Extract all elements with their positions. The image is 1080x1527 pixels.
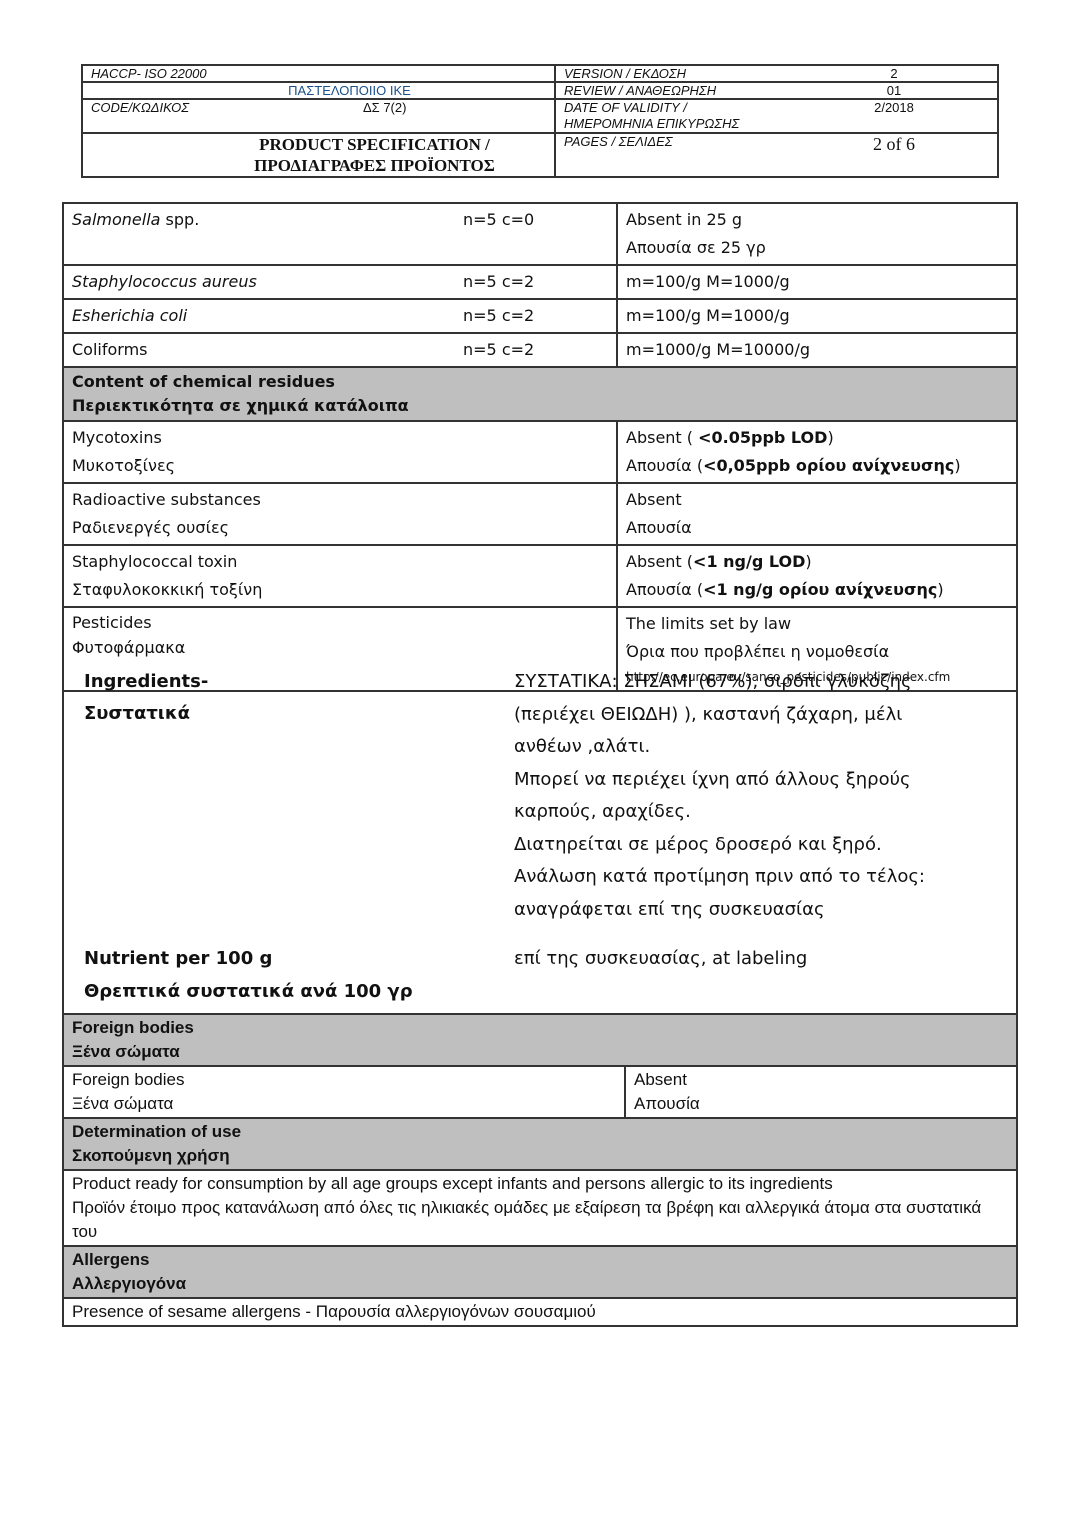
pages-label: PAGES / ΣΕΛΙΔΕΣ bbox=[564, 134, 673, 149]
sampling-plan: n=5 c=2 bbox=[455, 299, 617, 333]
spec-table: Salmonella spp. n=5 c=0 Absent in 25 gΑπ… bbox=[62, 202, 1018, 692]
section-title-gr: Αλλεργιογόνα bbox=[72, 1272, 1008, 1296]
residue-value-gr: Απουσία (<0,05ppb ορίου ανίχνευσης) bbox=[626, 452, 1008, 480]
ingredients-line: ΣΥΣΤΑΤΙΚΑ: ΣΗΣΑΜΙ (67%), σιρόπι γλυκόζης bbox=[514, 666, 974, 699]
limit-gr: Απουσία σε 25 γρ bbox=[626, 234, 1008, 262]
document-header: HACCP- ISO 22000 VERSION / ΕΚΔΟΣΗ2 ΠΑΣΤΕ… bbox=[81, 64, 999, 178]
table-row: Salmonella spp. n=5 c=0 Absent in 25 gΑπ… bbox=[63, 203, 1017, 265]
review-label: REVIEW / ΑΝΑΘΕΩΡΗΣΗ bbox=[564, 83, 716, 98]
lower-table: Foreign bodiesΞένα σώματα Foreign bodies… bbox=[62, 1013, 1018, 1327]
section-title-en: Content of chemical residues bbox=[72, 370, 1008, 394]
review-cell: REVIEW / ΑΝΑΘΕΩΡΗΣΗ01 bbox=[555, 82, 998, 99]
residue-value-gr: Απουσία (<1 ng/g ορίου ανίχνευσης) bbox=[626, 576, 1008, 604]
ingredients-label-en: Ingredients- bbox=[84, 666, 208, 698]
residue-name: Staphylococcal toxinΣταφυλοκοκκική τοξίν… bbox=[63, 545, 617, 607]
table-row: Foreign bodiesΞένα σώματα AbsentΑπουσία bbox=[63, 1066, 1017, 1118]
company-name: ΠΑΣΤΕΛΟΠΟΙΙΟ ΙΚΕ bbox=[82, 82, 555, 99]
residue-name-en: Mycotoxins bbox=[72, 424, 608, 452]
table-row: Staphylococcus aureus n=5 c=2 m=100/g M=… bbox=[63, 265, 1017, 299]
ingredients-line: (περιέχει ΘΕΙΩΔΗ) ), καστανή ζάχαρη, μέλ… bbox=[514, 699, 974, 732]
micro-limit: Absent in 25 gΑπουσία σε 25 γρ bbox=[617, 203, 1017, 265]
use-text-gr: Προϊόν έτοιμο προς κατανάλωση από όλες τ… bbox=[72, 1196, 1008, 1244]
section-header-foreign: Foreign bodiesΞένα σώματα bbox=[63, 1014, 1017, 1066]
residue-value-en: Absent bbox=[626, 486, 1008, 514]
ingredients-label: Ingredients- Συστατικά bbox=[84, 666, 208, 730]
pages-cell: PAGES / ΣΕΛΙΔΕΣ2 of 6 bbox=[555, 133, 998, 177]
text: Absent ( bbox=[626, 428, 698, 447]
micro-name: Coliforms bbox=[63, 333, 455, 367]
residue-value: Absent (<1 ng/g LOD)Απουσία (<1 ng/g ορί… bbox=[617, 545, 1017, 607]
table-row: Radioactive substancesΡαδιενεργές ουσίες… bbox=[63, 483, 1017, 545]
table-row: Product ready for consumption by all age… bbox=[63, 1170, 1017, 1246]
sampling-plan: n=5 c=0 bbox=[455, 203, 617, 265]
ingredients-line: Διατηρείται σε μέρος δροσερό και ξηρό. bbox=[514, 829, 974, 862]
ingredients-line: ανθέων ,αλάτι. bbox=[514, 731, 974, 764]
validity-label: DATE OF VALIDITY / bbox=[564, 100, 687, 115]
foreign-name-gr: Ξένα σώματα bbox=[72, 1092, 616, 1116]
micro-name: Salmonella spp. bbox=[63, 203, 455, 265]
text-bold: <0,05ppb ορίου ανίχνευσης bbox=[703, 456, 954, 475]
section-title-en: Determination of use bbox=[72, 1120, 1008, 1144]
nutrient-label: Nutrient per 100 g Θρεπτικά συστατικά αν… bbox=[84, 942, 413, 1008]
micro-name: Esherichia coli bbox=[63, 299, 455, 333]
validity-value: 2/2018 bbox=[849, 100, 939, 116]
validity-cell: 2/2018DATE OF VALIDITY /ΗΜΕΡΟΜΗΝΙΑ ΕΠΙΚΥ… bbox=[555, 99, 998, 133]
text: ) bbox=[827, 428, 833, 447]
code-label: CODE/ΚΩΔΙΚΟΣ bbox=[91, 100, 189, 115]
micro-limit: m=100/g M=1000/g bbox=[617, 265, 1017, 299]
sampling-plan: n=5 c=2 bbox=[455, 333, 617, 367]
residue-value: Absent ( <0.05ppb LOD)Απουσία (<0,05ppb … bbox=[617, 421, 1017, 483]
foreign-value: AbsentΑπουσία bbox=[625, 1066, 1017, 1118]
micro-name: Staphylococcus aureus bbox=[63, 265, 455, 299]
standard-cell: HACCP- ISO 22000 bbox=[82, 65, 555, 82]
ingredients-section: Ingredients- Συστατικά ΣΥΣΤΑΤΙΚΑ: ΣΗΣΑΜΙ… bbox=[62, 652, 1018, 1014]
section-title-gr: Ξένα σώματα bbox=[72, 1040, 1008, 1064]
nutrient-label-en: Nutrient per 100 g bbox=[84, 942, 413, 975]
foreign-value-en: Absent bbox=[634, 1068, 1008, 1092]
residue-name: MycotoxinsΜυκοτοξίνες bbox=[63, 421, 617, 483]
text: Absent ( bbox=[626, 552, 693, 571]
residue-name-gr: Σταφυλοκοκκική τοξίνη bbox=[72, 576, 608, 604]
section-title: AllergensΑλλεργιογόνα bbox=[63, 1246, 1017, 1298]
section-header-use: Determination of useΣκοπούμενη χρήση bbox=[63, 1118, 1017, 1170]
residue-name-gr: Μυκοτοξίνες bbox=[72, 452, 608, 480]
version-label: VERSION / ΕΚΔΟΣΗ bbox=[564, 66, 686, 81]
use-text: Product ready for consumption by all age… bbox=[63, 1170, 1017, 1246]
pages-value: 2 of 6 bbox=[849, 134, 939, 155]
ingredients-label-gr: Συστατικά bbox=[84, 698, 208, 730]
micro-limit: m=1000/g M=10000/g bbox=[617, 333, 1017, 367]
table-row: Esherichia coli n=5 c=2 m=100/g M=1000/g bbox=[63, 299, 1017, 333]
foreign-name-en: Foreign bodies bbox=[72, 1068, 616, 1092]
residue-value-en: The limits set by law bbox=[626, 610, 1008, 638]
text-bold: <0.05ppb LOD bbox=[698, 428, 827, 447]
text: ) bbox=[805, 552, 811, 571]
section-title: Content of chemical residuesΠεριεκτικότη… bbox=[63, 367, 1017, 421]
nutrient-value: επί της συσκευασίας, at labeling bbox=[514, 942, 807, 975]
table-row: Coliforms n=5 c=2 m=1000/g M=10000/g bbox=[63, 333, 1017, 367]
table-row: Presence of sesame allergens - Παρουσία … bbox=[63, 1298, 1017, 1326]
residue-name-en: Pesticides bbox=[72, 610, 608, 635]
title-gr: ΠΡΟΔΙΑΓΡΑΦΕΣ ΠΡΟΪΟΝΤΟΣ bbox=[254, 156, 495, 175]
validity-label-gr: ΗΜΕΡΟΜΗΝΙΑ ΕΠΙΚΥΡΩΣΗΣ bbox=[564, 116, 739, 131]
table-row: MycotoxinsΜυκοτοξίνες Absent ( <0.05ppb … bbox=[63, 421, 1017, 483]
code-cell: CODE/ΚΩΔΙΚΟΣΔΣ 7(2) bbox=[82, 99, 555, 133]
allergens-text: Presence of sesame allergens - Παρουσία … bbox=[63, 1298, 1017, 1326]
micro-name-italic: Salmonella bbox=[72, 210, 160, 229]
table-row: Staphylococcal toxinΣταφυλοκοκκική τοξίν… bbox=[63, 545, 1017, 607]
ingredients-line: Ανάλωση κατά προτίμηση πριν από το τέλος… bbox=[514, 861, 974, 894]
standard-label: HACCP- ISO 22000 bbox=[91, 66, 207, 81]
document-title: PRODUCT SPECIFICATION /ΠΡΟΔΙΑΓΡΑΦΕΣ ΠΡΟΪ… bbox=[82, 133, 555, 177]
sampling-plan: n=5 c=2 bbox=[455, 265, 617, 299]
code-value: ΔΣ 7(2) bbox=[363, 100, 406, 115]
section-header-allergens: AllergensΑλλεργιογόνα bbox=[63, 1246, 1017, 1298]
ingredients-line: καρπούς, αραχίδες. bbox=[514, 796, 974, 829]
micro-name-rest: spp. bbox=[160, 210, 199, 229]
ingredients-line: αναγράφεται επί της συσκευασίας bbox=[514, 894, 974, 927]
section-title-en: Allergens bbox=[72, 1248, 1008, 1272]
text: ) bbox=[937, 580, 943, 599]
limit-en: Absent in 25 g bbox=[626, 206, 1008, 234]
title-en: PRODUCT SPECIFICATION / bbox=[259, 135, 490, 154]
section-header-chemical: Content of chemical residuesΠεριεκτικότη… bbox=[63, 367, 1017, 421]
review-value: 01 bbox=[849, 83, 939, 98]
version-value: 2 bbox=[849, 66, 939, 81]
ingredients-text: ΣΥΣΤΑΤΙΚΑ: ΣΗΣΑΜΙ (67%), σιρόπι γλυκόζης… bbox=[514, 666, 974, 926]
text: ) bbox=[954, 456, 960, 475]
residue-name: Radioactive substancesΡαδιενεργές ουσίες bbox=[63, 483, 617, 545]
section-title-en: Foreign bodies bbox=[72, 1016, 1008, 1040]
section-title: Determination of useΣκοπούμενη χρήση bbox=[63, 1118, 1017, 1170]
residue-name-en: Staphylococcal toxin bbox=[72, 548, 608, 576]
section-title: Foreign bodiesΞένα σώματα bbox=[63, 1014, 1017, 1066]
residue-value: AbsentΑπουσία bbox=[617, 483, 1017, 545]
text: Απουσία ( bbox=[626, 456, 703, 475]
residue-value-gr: Απουσία bbox=[626, 514, 1008, 542]
version-cell: VERSION / ΕΚΔΟΣΗ2 bbox=[555, 65, 998, 82]
foreign-name: Foreign bodiesΞένα σώματα bbox=[63, 1066, 625, 1118]
residue-name-gr: Ραδιενεργές ουσίες bbox=[72, 514, 608, 542]
section-title-gr: Περιεκτικότητα σε χημικά κατάλοιπα bbox=[72, 394, 1008, 418]
residue-name-en: Radioactive substances bbox=[72, 486, 608, 514]
text: Απουσία ( bbox=[626, 580, 703, 599]
text-bold: <1 ng/g ορίου ανίχνευσης bbox=[703, 580, 937, 599]
text-bold: <1 ng/g LOD bbox=[693, 552, 805, 571]
nutrient-label-gr: Θρεπτικά συστατικά ανά 100 γρ bbox=[84, 975, 413, 1008]
residue-value-en: Absent (<1 ng/g LOD) bbox=[626, 548, 1008, 576]
foreign-value-gr: Απουσία bbox=[634, 1092, 1008, 1116]
use-text-en: Product ready for consumption by all age… bbox=[72, 1172, 1008, 1196]
micro-limit: m=100/g M=1000/g bbox=[617, 299, 1017, 333]
section-title-gr: Σκοπούμενη χρήση bbox=[72, 1144, 1008, 1168]
residue-value-en: Absent ( <0.05ppb LOD) bbox=[626, 424, 1008, 452]
ingredients-line: Μπορεί να περιέχει ίχνη από άλλους ξηρού… bbox=[514, 764, 974, 797]
